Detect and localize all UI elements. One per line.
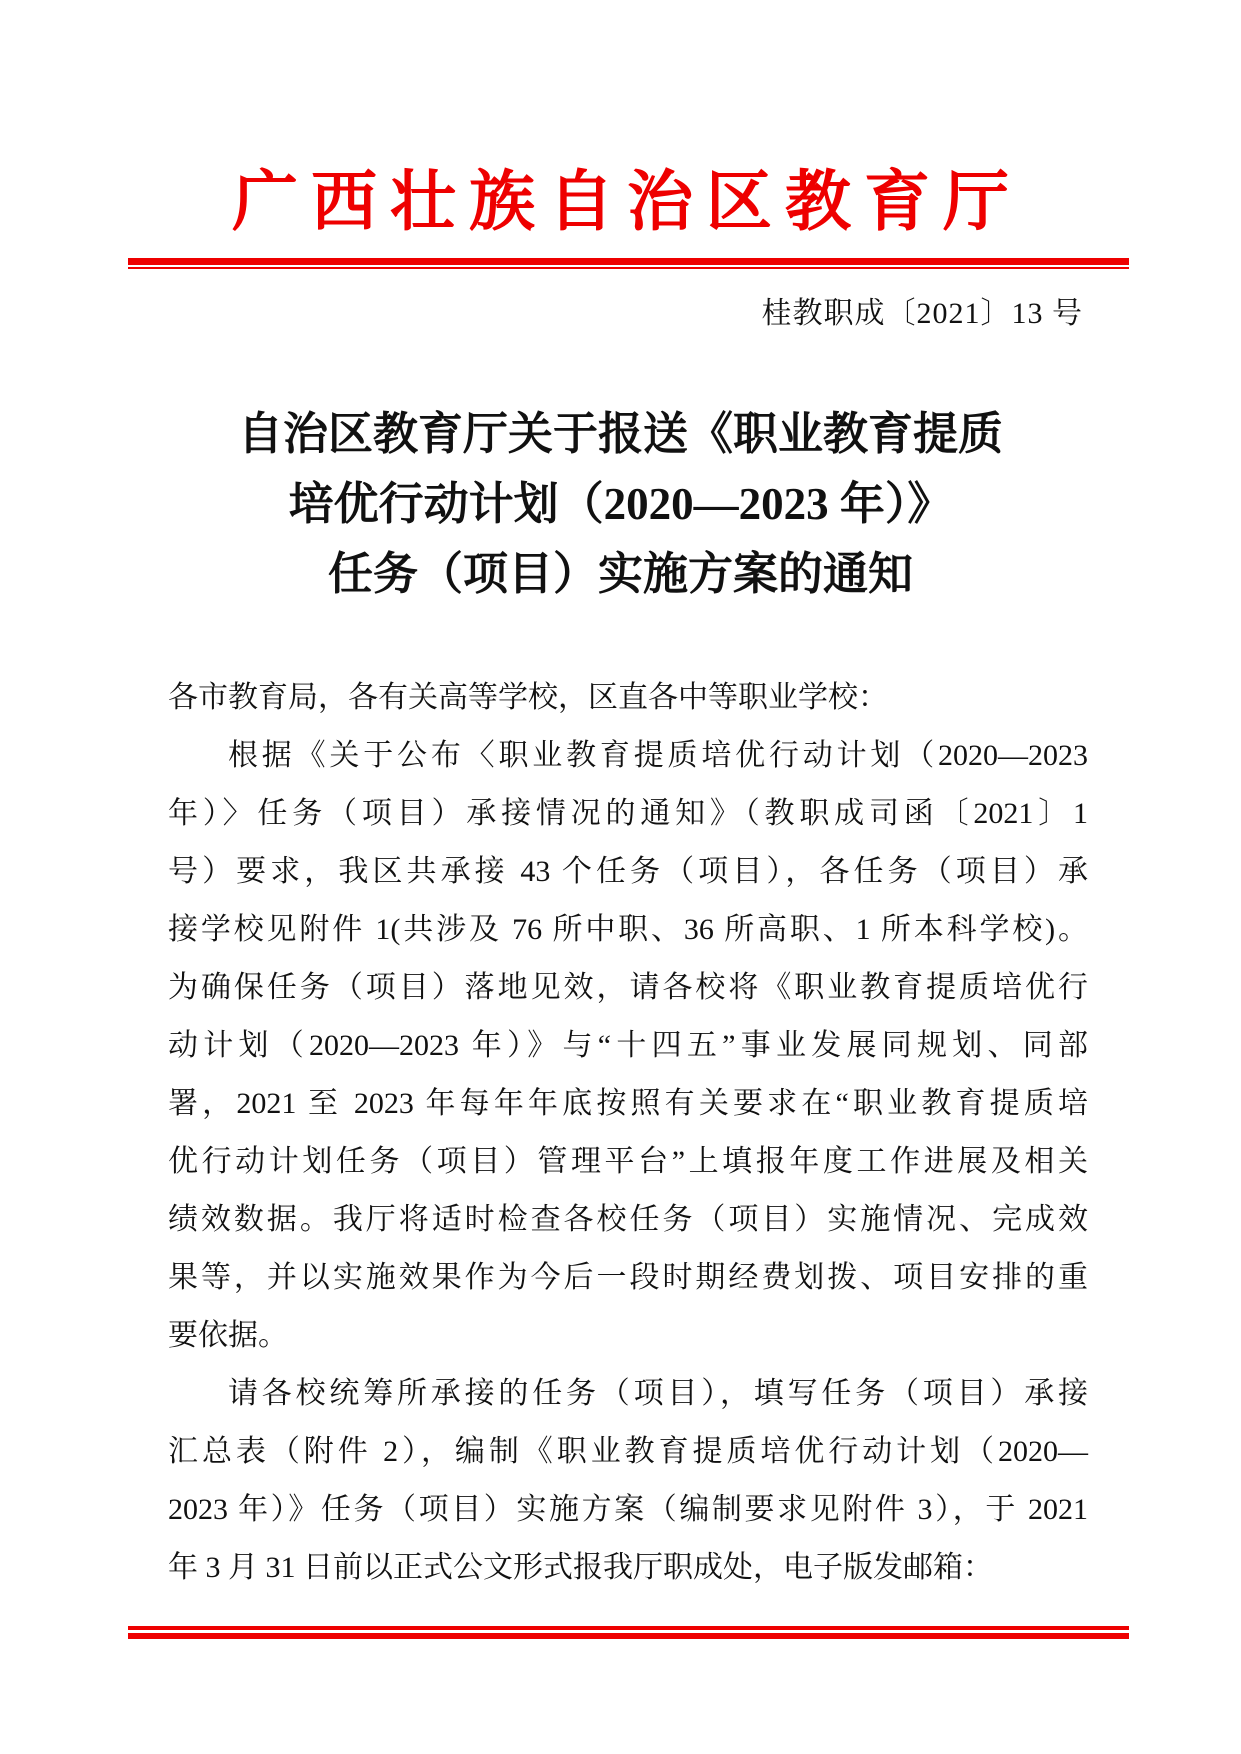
body-line: 汇总表（附件 2），编制《职业教育提质培优行动计划（2020— xyxy=(168,1423,1088,1481)
paragraph: 请各校统筹所承接的任务（项目），填写任务（项目）承接 汇总表（附件 2），编制《… xyxy=(168,1365,1088,1597)
body-line: 号）要求，我区共承接 43 个任务（项目），各任务（项目）承 xyxy=(168,843,1088,901)
body-line: 年 3 月 31 日前以正式公文形式报我厅职成处，电子版发邮箱： xyxy=(168,1539,1088,1597)
footer-rule xyxy=(128,1626,1129,1639)
document-page: 广西壮族自治区教育厅 桂教职成〔2021〕13 号 自治区教育厅关于报送《职业教… xyxy=(0,0,1241,1754)
body-line: 年）〉任务（项目）承接情况的通知》（教职成司函〔2021〕1 xyxy=(168,785,1088,843)
title-line: 自治区教育厅关于报送《职业教育提质 xyxy=(0,399,1241,469)
title-line: 培优行动计划（2020—2023 年）》 xyxy=(0,469,1241,539)
body-line: 为确保任务（项目）落地见效，请各校将《职业教育提质培优行 xyxy=(168,959,1088,1017)
body-line: 动计划（2020—2023 年）》与“十四五”事业发展同规划、同部 xyxy=(168,1017,1088,1075)
salutation-line: 各市教育局，各有关高等学校，区直各中等职业学校： xyxy=(168,669,1088,727)
body-line: 要依据。 xyxy=(168,1307,1088,1365)
title-line: 任务（项目）实施方案的通知 xyxy=(0,539,1241,609)
rule-thick-line xyxy=(128,1633,1129,1639)
body-line: 绩效数据。我厅将适时检查各校任务（项目）实施情况、完成效 xyxy=(168,1191,1088,1249)
body-line: 署，2021 至 2023 年每年年底按照有关要求在“职业教育提质培 xyxy=(168,1075,1088,1133)
paragraph: 根据《关于公布〈职业教育提质培优行动计划（2020—2023 年）〉任务（项目）… xyxy=(168,727,1088,1365)
rule-thick-line xyxy=(128,258,1129,265)
document-number: 桂教职成〔2021〕13 号 xyxy=(762,288,1084,332)
body-line: 接学校见附件 1(共涉及 76 所中职、36 所高职、1 所本科学校)。 xyxy=(168,901,1088,959)
letterhead-agency-name: 广西壮族自治区教育厅 xyxy=(0,148,1241,243)
document-body: 各市教育局，各有关高等学校，区直各中等职业学校： 根据《关于公布〈职业教育提质培… xyxy=(168,669,1088,1597)
body-line: 请各校统筹所承接的任务（项目），填写任务（项目）承接 xyxy=(168,1365,1088,1423)
body-line: 果等，并以实施效果作为今后一段时期经费划拨、项目安排的重 xyxy=(168,1249,1088,1307)
body-line: 2023 年）》任务（项目）实施方案（编制要求见附件 3），于 2021 xyxy=(168,1481,1088,1539)
rule-thin-line xyxy=(128,267,1129,269)
body-line: 根据《关于公布〈职业教育提质培优行动计划（2020—2023 xyxy=(168,727,1088,785)
document-title: 自治区教育厅关于报送《职业教育提质 培优行动计划（2020—2023 年）》 任… xyxy=(0,399,1241,609)
body-line: 优行动计划任务（项目）管理平台”上填报年度工作进展及相关 xyxy=(168,1133,1088,1191)
letterhead-top-rule xyxy=(128,258,1129,269)
